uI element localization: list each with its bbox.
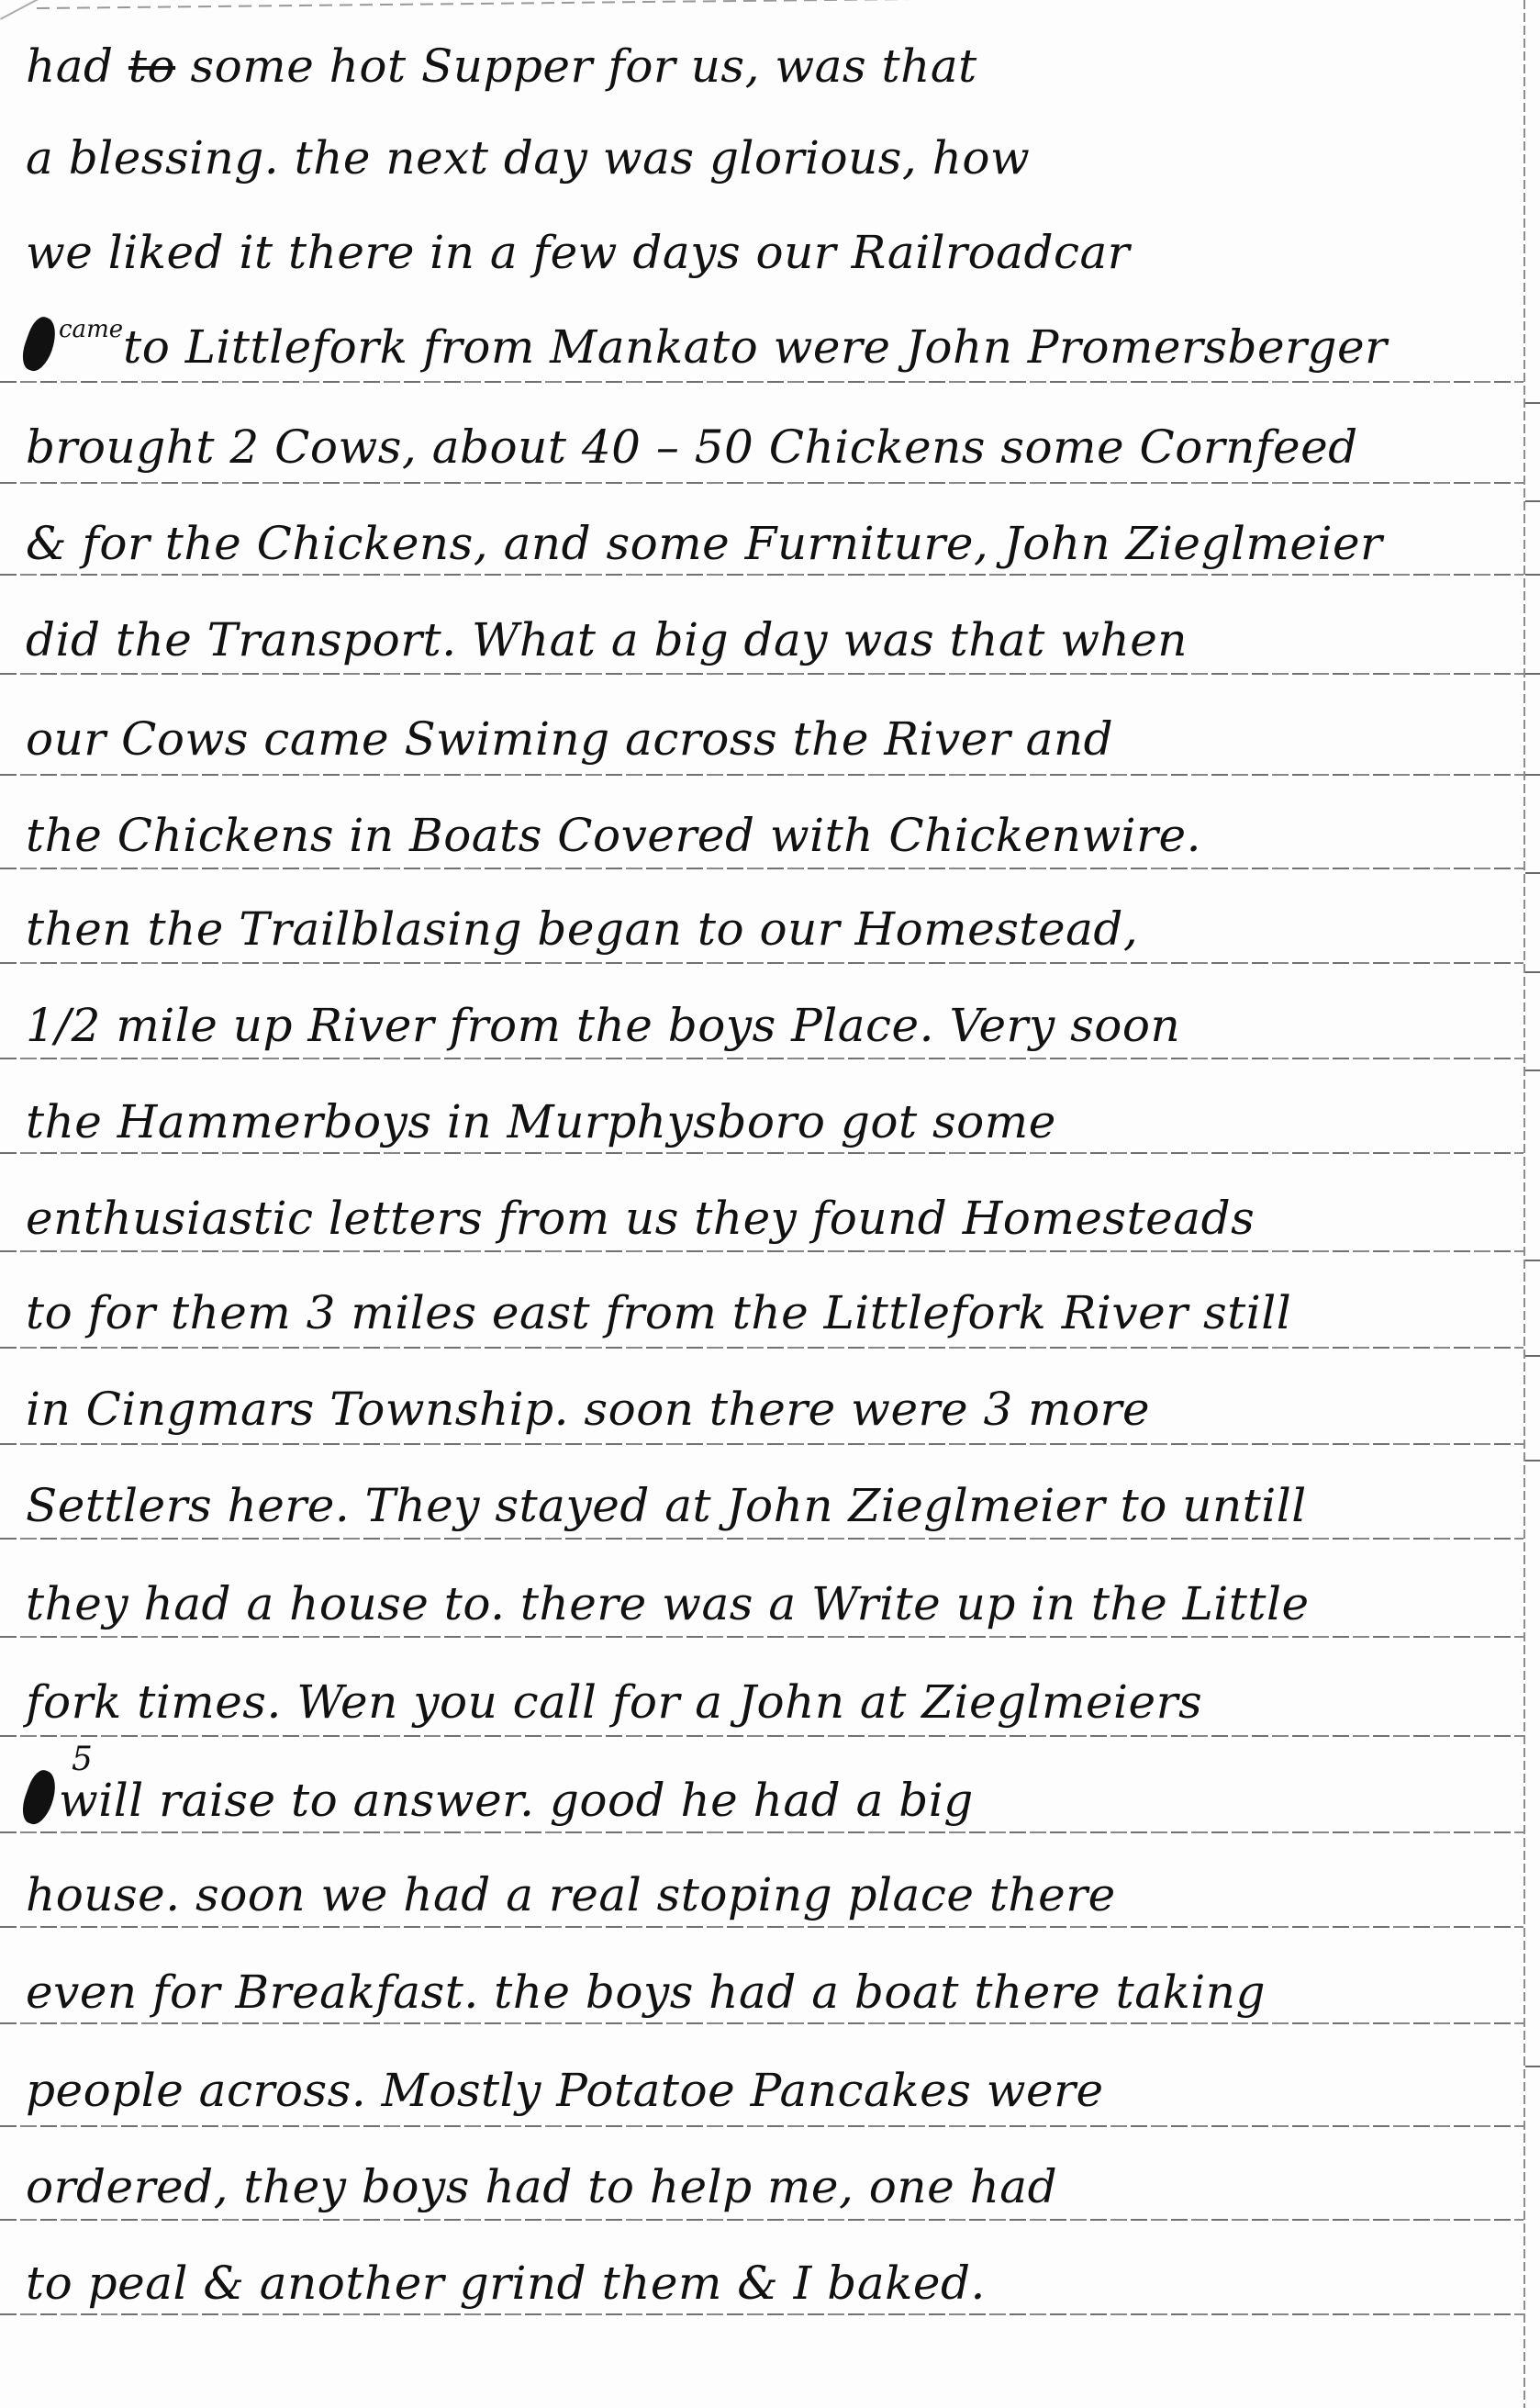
ruled-line	[0, 962, 1523, 964]
ruled-line	[0, 1443, 1523, 1445]
margin-tick	[1525, 2066, 1540, 2067]
ruled-line	[0, 1058, 1523, 1059]
ruled-line	[0, 2313, 1523, 2315]
handwritten-line-3: we liked it there in a few days our Rail…	[26, 223, 1512, 282]
handwritten-line-20: house. soon we had a real stoping place …	[26, 1865, 1512, 1924]
margin-tick	[1525, 1460, 1540, 1462]
ruled-line	[0, 1735, 1523, 1737]
margin-tick	[1525, 1260, 1540, 1261]
ruled-line	[0, 774, 1523, 776]
handwritten-line-18: fork times. Wen you call for a John at Z…	[26, 1673, 1512, 1731]
inserted-word: came	[59, 316, 123, 343]
ruled-line	[0, 1538, 1523, 1540]
handwritten-line-8: our Cows came Swiming across the River a…	[26, 710, 1512, 768]
handwritten-line-23: ordered, they boys had to help me, one h…	[26, 2157, 1512, 2216]
ruled-line	[0, 1152, 1523, 1154]
handwritten-line-22: people across. Mostly Potatoe Pancakes w…	[26, 2061, 1512, 2120]
margin-tick	[1525, 971, 1540, 973]
handwritten-line-2: a blessing. the next day was glorious, h…	[26, 129, 1512, 187]
ruled-line	[0, 482, 1523, 484]
handwritten-line-9: the Chickens in Boats Covered with Chick…	[26, 806, 1512, 865]
ruled-line	[0, 2125, 1523, 2127]
ruled-line	[0, 673, 1523, 675]
letter-page: had to some hot Supper for us, was that …	[0, 0, 1540, 2408]
margin-tick	[1525, 500, 1540, 502]
ink-blot	[17, 314, 62, 375]
corner-fold-mark	[0, 0, 58, 20]
handwritten-line-24: to peal & another grind them & I baked.	[26, 2254, 1512, 2313]
ruled-line	[0, 1347, 1523, 1349]
margin-tick	[1525, 774, 1540, 776]
margin-tick	[1525, 872, 1540, 874]
handwritten-line-10: then the Trailblasing began to our Homes…	[26, 900, 1512, 958]
handwritten-line-16: Settlers here. They stayed at John Ziegl…	[26, 1476, 1512, 1535]
margin-tick	[1525, 574, 1540, 576]
page-top-edge	[37, 0, 1138, 9]
ruled-line	[0, 574, 1523, 576]
margin-tick	[1525, 402, 1540, 404]
line-19-text: will raise to answer. good he had a big	[59, 1774, 974, 1827]
handwritten-line-13: enthusiastic letters from us they found …	[26, 1189, 1512, 1248]
ruled-line	[0, 868, 1523, 869]
line-4-text: to Littlefork from Mankato were John Pro…	[123, 320, 1387, 374]
handwritten-line-15: in Cingmars Township. soon there were 3 …	[26, 1380, 1512, 1439]
handwritten-line-21: even for Breakfast. the boys had a boat …	[26, 1963, 1512, 2022]
line-1-start: had	[26, 39, 128, 93]
ruled-line	[0, 1250, 1523, 1252]
ink-blot	[17, 1767, 62, 1829]
margin-tick	[1525, 1355, 1540, 1357]
handwritten-line-1: had to some hot Supper for us, was that	[26, 37, 1512, 95]
margin-tick	[1525, 1070, 1540, 1071]
handwritten-line-17: they had a house to. there was a Write u…	[26, 1574, 1512, 1633]
handwritten-line-4: cameto Littlefork from Mankato were John…	[26, 317, 1512, 385]
handwritten-line-11: 1/2 mile up River from the boys Place. V…	[26, 996, 1512, 1055]
handwritten-line-6: & for the Chickens, and some Furniture, …	[26, 514, 1512, 573]
struck-word: to	[128, 39, 175, 93]
handwritten-line-5: brought 2 Cows, about 40 – 50 Chickens s…	[26, 418, 1512, 476]
handwritten-line-14: to for them 3 miles east from the Little…	[26, 1283, 1512, 1342]
handwritten-line-19: will raise to answer. good he had a big	[26, 1770, 1512, 1830]
ruled-line	[0, 1831, 1523, 1833]
margin-tick	[1525, 673, 1540, 675]
line-1-rest: some hot Supper for us, was that	[175, 39, 977, 93]
ruled-line	[0, 1926, 1523, 1928]
ruled-line	[0, 1636, 1523, 1638]
ruled-line	[0, 2219, 1523, 2221]
ruled-line	[0, 2022, 1523, 2024]
handwritten-line-12: the Hammerboys in Murphysboro got some	[26, 1092, 1512, 1151]
page-right-margin-line	[1523, 0, 1525, 2408]
page-number-marker: 5	[72, 1741, 93, 1778]
handwritten-line-7: did the Transport. What a big day was th…	[26, 610, 1512, 669]
